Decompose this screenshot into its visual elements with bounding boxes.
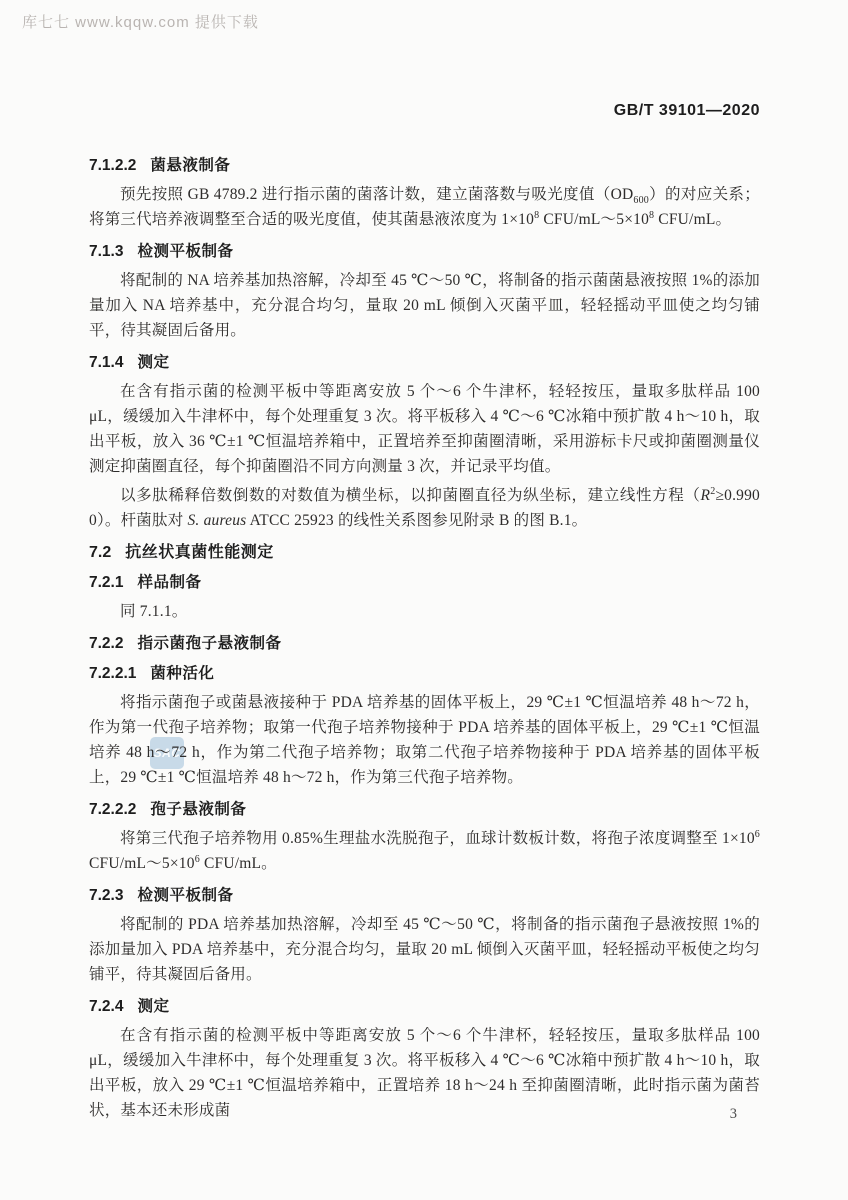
section-number: 7.2 [89,543,111,563]
section-heading-7.2.2.2: 7.2.2.2孢子悬液制备 [89,800,760,820]
section-title: 检测平板制备 [137,887,233,904]
section-title: 测定 [137,998,169,1015]
document-sections: 7.1.2.2菌悬液制备预先按照 GB 4789.2 进行指示菌的菌落计数，建立… [89,146,760,1127]
section-title: 菌悬液制备 [150,157,230,174]
section-title: 菌种活化 [150,665,214,682]
section-heading-7.2.2: 7.2.2指示菌孢子悬液制备 [89,634,760,654]
body-paragraph: 在含有指示菌的检测平板中等距离安放 5 个～6 个牛津杯，轻轻按压，量取多肽样品… [89,1023,760,1123]
body-paragraph: 将配制的 NA 培养基加热溶解，冷却至 45 ℃～50 ℃，将制备的指示菌菌悬液… [89,268,760,343]
body-paragraph: 同 7.1.1。 [89,599,760,624]
section-number: 7.2.1 [89,573,123,593]
document-page: 库七七 www.kqqw.com 提供下载 GB/T 39101—2020 SA… [0,0,848,1200]
section-title: 样品制备 [137,574,201,591]
body-paragraph: 将第三代孢子培养物用 0.85%生理盐水洗脱孢子，血球计数板计数，将孢子浓度调整… [89,826,760,876]
body-paragraph: 以多肽稀释倍数倒数的对数值为横坐标，以抑菌圈直径为纵坐标，建立线性方程（R2≥0… [89,483,760,533]
section-heading-7.1.4: 7.1.4测定 [89,353,760,373]
body-paragraph: 将指示菌孢子或菌悬液接种于 PDA 培养基的固体平板上，29 ℃±1 ℃恒温培养… [89,690,760,790]
section-number: 7.1.4 [89,353,123,373]
section-number: 7.1.2.2 [89,156,136,176]
body-paragraph: 在含有指示菌的检测平板中等距离安放 5 个～6 个牛津杯，轻轻按压，量取多肽样品… [89,379,760,479]
section-title: 抗丝状真菌性能测定 [125,544,274,561]
section-heading-7.2.3: 7.2.3检测平板制备 [89,886,760,906]
standard-number-header: GB/T 39101—2020 [614,102,760,120]
section-number: 7.2.2.2 [89,800,136,820]
section-number: 7.2.4 [89,997,123,1017]
section-number: 7.2.2.1 [89,664,136,684]
section-heading-7.2.2.1: 7.2.2.1菌种活化 [89,664,760,684]
section-number: 7.2.3 [89,886,123,906]
section-number: 7.2.2 [89,634,123,654]
body-paragraph: 预先按照 GB 4789.2 进行指示菌的菌落计数，建立菌落数与吸光度值（OD6… [89,182,760,232]
section-heading-7.1.2.2: 7.1.2.2菌悬液制备 [89,156,760,176]
section-heading-7.2.1: 7.2.1样品制备 [89,573,760,593]
body-paragraph: 将配制的 PDA 培养基加热溶解，冷却至 45 ℃～50 ℃，将制备的指示菌孢子… [89,912,760,987]
section-title: 指示菌孢子悬液制备 [137,635,281,652]
site-watermark-text: 库七七 www.kqqw.com 提供下载 [22,11,259,32]
section-title: 孢子悬液制备 [150,801,246,818]
section-heading-7.1.3: 7.1.3检测平板制备 [89,242,760,262]
section-title: 检测平板制备 [137,243,233,260]
section-title: 测定 [137,354,169,371]
section-heading-7.2: 7.2抗丝状真菌性能测定 [89,543,760,563]
section-number: 7.1.3 [89,242,123,262]
section-heading-7.2.4: 7.2.4测定 [89,997,760,1017]
